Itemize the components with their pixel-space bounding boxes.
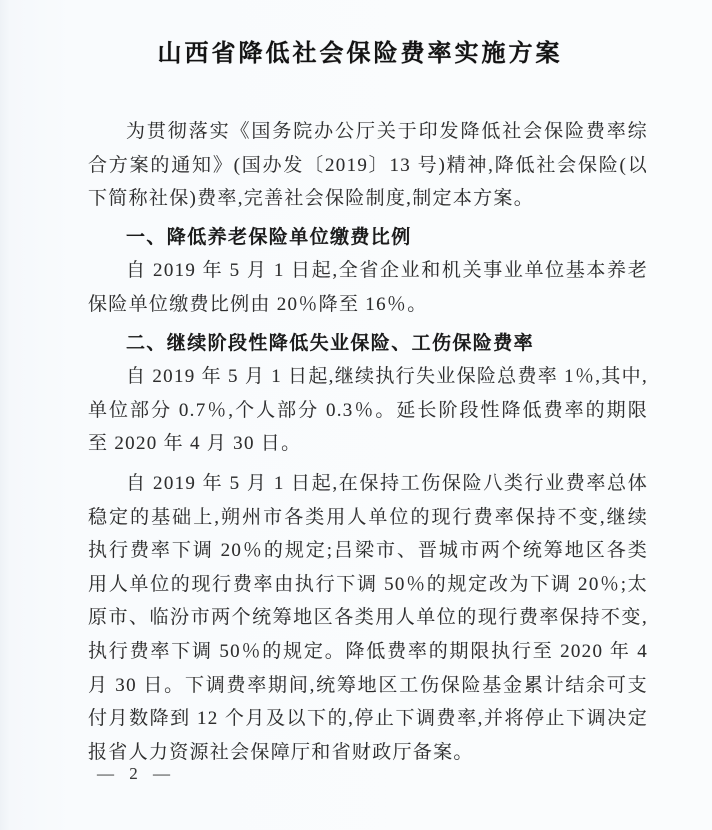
section-2-heading: 二、继续阶段性降低失业保险、工伤保险费率 [88, 327, 648, 361]
page-footer: — 2 — [97, 764, 171, 784]
section-1-paragraph: 自 2019 年 5 月 1 日起,全省企业和机关事业单位基本养老保险单位缴费比… [88, 254, 648, 321]
section-1-heading: 一、降低养老保险单位缴费比例 [88, 221, 648, 255]
section-2-paragraph-1: 自 2019 年 5 月 1 日起,继续执行失业保险总费率 1％,其中,单位部分… [88, 360, 648, 461]
document-title: 山西省降低社会保险费率实施方案 [72, 33, 648, 68]
document-page: 山西省降低社会保险费率实施方案 为贯彻落实《国务院办公厅关于印发降低社会保险费率… [0, 0, 712, 830]
section-2-paragraph-2: 自 2019 年 5 月 1 日起,在保持工伤保险八类行业费率总体稳定的基础上,… [88, 467, 648, 769]
document-body: 为贯彻落实《国务院办公厅关于印发降低社会保险费率综合方案的通知》(国办发〔201… [88, 115, 648, 769]
page-number: — 2 — [97, 764, 171, 783]
intro-paragraph: 为贯彻落实《国务院办公厅关于印发降低社会保险费率综合方案的通知》(国办发〔201… [88, 115, 648, 216]
